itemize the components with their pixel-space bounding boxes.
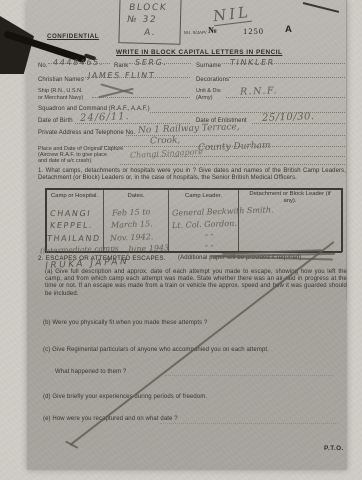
rank-label: Rank xyxy=(114,63,128,69)
ship-label: Ship (R.N., U.S.N. xyxy=(38,88,83,94)
rank-value: SERG. xyxy=(134,58,168,67)
confidential-label: CONFIDENTIAL xyxy=(47,33,99,40)
christian-names-label: Christian Names xyxy=(38,77,84,83)
surname-value: TINKLER xyxy=(229,58,275,67)
question-2b: (b) Were you physically fit when you mad… xyxy=(43,320,207,326)
question-1: 1. What camps, detachments or hospitals … xyxy=(38,168,346,183)
th-dates: Dates. xyxy=(104,193,168,200)
question-2c2: What happened to them ? xyxy=(55,369,126,375)
stamp-line3: A. xyxy=(143,28,156,38)
stamp-line2: № 32 xyxy=(126,15,157,25)
pto-label: P.T.O. xyxy=(324,445,344,452)
dob-value: 24/6/11. xyxy=(80,111,130,124)
date-entry: Feb 15 to xyxy=(112,207,151,217)
camp-entry: KEPPEL. xyxy=(49,221,93,230)
th-camp: Camp or Hospital. xyxy=(46,193,103,200)
date-entry: March 15. xyxy=(111,219,153,229)
unit-div-label: Unit & Div. xyxy=(196,88,222,94)
address-line2: Crook, xyxy=(150,135,181,146)
camp-entry: CHANGI xyxy=(49,209,91,218)
enlistment-value: 25/10/30. xyxy=(262,111,315,124)
question-2e: (e) How were you recaptured and on what … xyxy=(43,416,178,422)
date-entry: Nov. 1942. xyxy=(110,232,154,243)
dob-label: Date of Birth xyxy=(38,118,73,124)
th-detachment: Detachment or Block Leader (if any). xyxy=(243,191,337,205)
christian-names-value: JAMES FLINT xyxy=(87,71,155,80)
ref-no-symbol: № xyxy=(208,25,217,35)
leader-ditto: ″ ″ xyxy=(205,233,214,242)
squadron-label: Squadron and Command (R.A.F., A.A.F.) xyxy=(38,106,150,112)
ref-prefix: M.I. 9/JAP/ xyxy=(184,30,206,35)
question-2c: (c) Give Regimental particulars of anyon… xyxy=(43,347,269,353)
scanned-document: CONFIDENTIAL BLOCK № 32 A. NIL M.I. 9/JA… xyxy=(0,0,362,480)
th-leader: Camp Leader. xyxy=(169,193,238,200)
decorations-label: Decorations xyxy=(196,77,229,83)
ref-number: 1250 xyxy=(243,26,264,36)
camp-entry: THAILAND xyxy=(46,234,101,243)
unit-value: R.N.F. xyxy=(240,85,278,97)
no-label: No. xyxy=(38,63,48,69)
leader-ditto: ″ ″ xyxy=(205,244,214,253)
surname-label: Surname xyxy=(196,63,221,69)
no-value: 4448465. xyxy=(52,58,104,67)
address-label: Private Address and Telephone No. xyxy=(38,130,135,136)
question-2a: (a) Give full description and approx. da… xyxy=(45,269,347,298)
question-2d: (d) Give briefly your experiences during… xyxy=(43,394,207,400)
date-entry: June 1943 xyxy=(128,243,169,253)
form-instruction-title: WRITE IN BLOCK CAPITAL LETTERS IN PENCIL xyxy=(116,49,282,56)
ref-suffix: A xyxy=(285,24,292,35)
stamp-line1: BLOCK xyxy=(128,3,168,13)
right-edge-crease xyxy=(346,0,347,300)
